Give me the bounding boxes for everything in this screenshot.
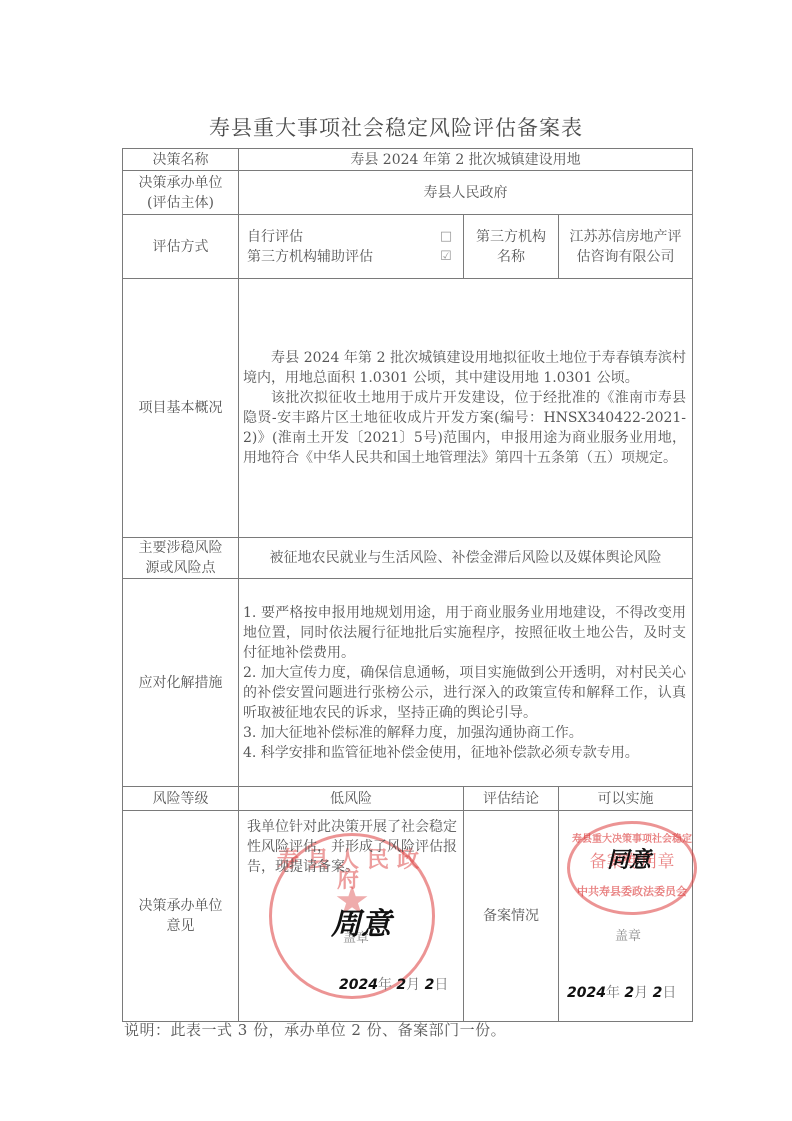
overview-paragraph: 寿县 2024 年第 2 批次城镇建设用地拟征收土地位于寿春镇寿滨村境内，用地总… bbox=[243, 348, 686, 388]
row-undertaking-unit: 决策承办单位 (评估主体) 寿县人民政府 bbox=[123, 171, 693, 215]
risk-level-label: 风险等级 bbox=[123, 787, 239, 811]
measure-item: 2. 加大宣传力度，确保信息通畅，项目实施做到公开透明，对村民关心的补偿安置问题… bbox=[243, 663, 686, 723]
third-party-name-value: 江苏苏信房地产评估咨询有限公司 bbox=[559, 215, 693, 279]
filing-form-table: 决策名称 寿县 2024 年第 2 批次城镇建设用地 决策承办单位 (评估主体)… bbox=[122, 148, 693, 1022]
opinion-content: 我单位针对此决策开展了社会稳定性风险评估，并形成了风险评估报告，现提请备案。 寿… bbox=[239, 811, 464, 1022]
document-title: 寿县重大事项社会稳定风险评估备案表 bbox=[0, 112, 792, 142]
row-assessment-method: 评估方式 自行评估 □ 第三方机构辅助评估 ☑ 第三方机构 名称 江苏苏信房地产… bbox=[123, 215, 693, 279]
undertaking-unit-label-line2: (评估主体) bbox=[127, 193, 234, 213]
option-self-assessment-label: 自行评估 bbox=[247, 227, 303, 247]
row-project-overview: 项目基本概况 寿县 2024 年第 2 批次城镇建设用地拟征收土地位于寿春镇寿滨… bbox=[123, 279, 693, 538]
opinion-label-line2: 意见 bbox=[127, 916, 234, 936]
row-decision-name: 决策名称 寿县 2024 年第 2 批次城镇建设用地 bbox=[123, 149, 693, 171]
measures-label: 应对化解措施 bbox=[123, 579, 239, 787]
measure-item: 1. 要严格按申报用地规划用途，用于商业服务业用地建设，不得改变用地位置，同时依… bbox=[243, 603, 686, 663]
checkmark-icon: ☑ bbox=[439, 247, 453, 267]
undertaking-unit-value: 寿县人民政府 bbox=[239, 171, 693, 215]
row-risk-level: 风险等级 低风险 评估结论 可以实施 bbox=[123, 787, 693, 811]
row-risk-sources: 主要涉稳风险 源或风险点 被征地农民就业与生活风险、补偿金滞后风险以及媒体舆论风… bbox=[123, 538, 693, 579]
risk-sources-value: 被征地农民就业与生活风险、补偿金滞后风险以及媒体舆论风险 bbox=[239, 538, 693, 579]
opinion-signature: 周意 bbox=[331, 915, 391, 935]
risk-level-value: 低风险 bbox=[239, 787, 464, 811]
risk-sources-label-line2: 源或风险点 bbox=[127, 558, 234, 578]
filing-date: 2024年 2月 2日 bbox=[567, 983, 676, 1003]
third-party-name-label-line1: 第三方机构 bbox=[468, 227, 554, 247]
option-third-party-assessment: 第三方机构辅助评估 ☑ bbox=[247, 247, 453, 267]
filing-seal-label: 盖章 bbox=[615, 927, 641, 947]
opinion-text: 我单位针对此决策开展了社会稳定性风险评估，并形成了风险评估报告，现提请备案。 bbox=[243, 817, 459, 877]
opinion-label-line1: 决策承办单位 bbox=[127, 896, 234, 916]
filing-signature: 同意 bbox=[607, 851, 651, 871]
option-self-assessment: 自行评估 □ bbox=[247, 227, 453, 247]
project-overview-label: 项目基本概况 bbox=[123, 279, 239, 538]
undertaking-unit-label: 决策承办单位 (评估主体) bbox=[123, 171, 239, 215]
project-overview-content: 寿县 2024 年第 2 批次城镇建设用地拟征收土地位于寿春镇寿滨村境内，用地总… bbox=[239, 279, 693, 538]
footnote: 说明：此表一式 3 份，承办单位 2 份、备案部门一份。 bbox=[124, 1019, 506, 1040]
measures-content: 1. 要严格按申报用地规划用途，用于商业服务业用地建设，不得改变用地位置，同时依… bbox=[239, 579, 693, 787]
row-opinion-filing: 决策承办单位 意见 我单位针对此决策开展了社会稳定性风险评估，并形成了风险评估报… bbox=[123, 811, 693, 1022]
overview-paragraph: 该批次拟征收土地用于成片开发建设，位于经批准的《淮南市寿县隐贤-安丰路片区土地征… bbox=[243, 388, 686, 468]
row-measures: 应对化解措施 1. 要严格按申报用地规划用途，用于商业服务业用地建设，不得改变用… bbox=[123, 579, 693, 787]
filing-label: 备案情况 bbox=[464, 811, 559, 1022]
assessment-method-options: 自行评估 □ 第三方机构辅助评估 ☑ bbox=[239, 215, 464, 279]
conclusion-label: 评估结论 bbox=[464, 787, 559, 811]
unchecked-box-icon: □ bbox=[439, 227, 453, 247]
measure-item: 4. 科学安排和监管征地补偿金使用，征地补偿款必须专款专用。 bbox=[243, 743, 686, 763]
measure-item: 3. 加大征地补偿标准的解释力度，加强沟通协商工作。 bbox=[243, 723, 686, 743]
filing-stamp-line3: 中共寿县委政法委员会 bbox=[570, 882, 694, 902]
assessment-method-label: 评估方式 bbox=[123, 215, 239, 279]
third-party-name-label-line2: 名称 bbox=[468, 247, 554, 267]
decision-name-value: 寿县 2024 年第 2 批次城镇建设用地 bbox=[239, 149, 693, 171]
opinion-label: 决策承办单位 意见 bbox=[123, 811, 239, 1022]
risk-sources-label-line1: 主要涉稳风险 bbox=[127, 538, 234, 558]
opinion-date: 2024年 2月 2日 bbox=[339, 975, 448, 995]
third-party-name-label: 第三方机构 名称 bbox=[464, 215, 559, 279]
filing-content: 寿县重大决策事项社会稳定风险评估 备案专用章 中共寿县委政法委员会 同意 盖章 … bbox=[559, 811, 693, 1022]
undertaking-unit-label-line1: 决策承办单位 bbox=[127, 173, 234, 193]
decision-name-label: 决策名称 bbox=[123, 149, 239, 171]
option-third-party-label: 第三方机构辅助评估 bbox=[247, 247, 373, 267]
conclusion-value: 可以实施 bbox=[559, 787, 693, 811]
risk-sources-label: 主要涉稳风险 源或风险点 bbox=[123, 538, 239, 579]
